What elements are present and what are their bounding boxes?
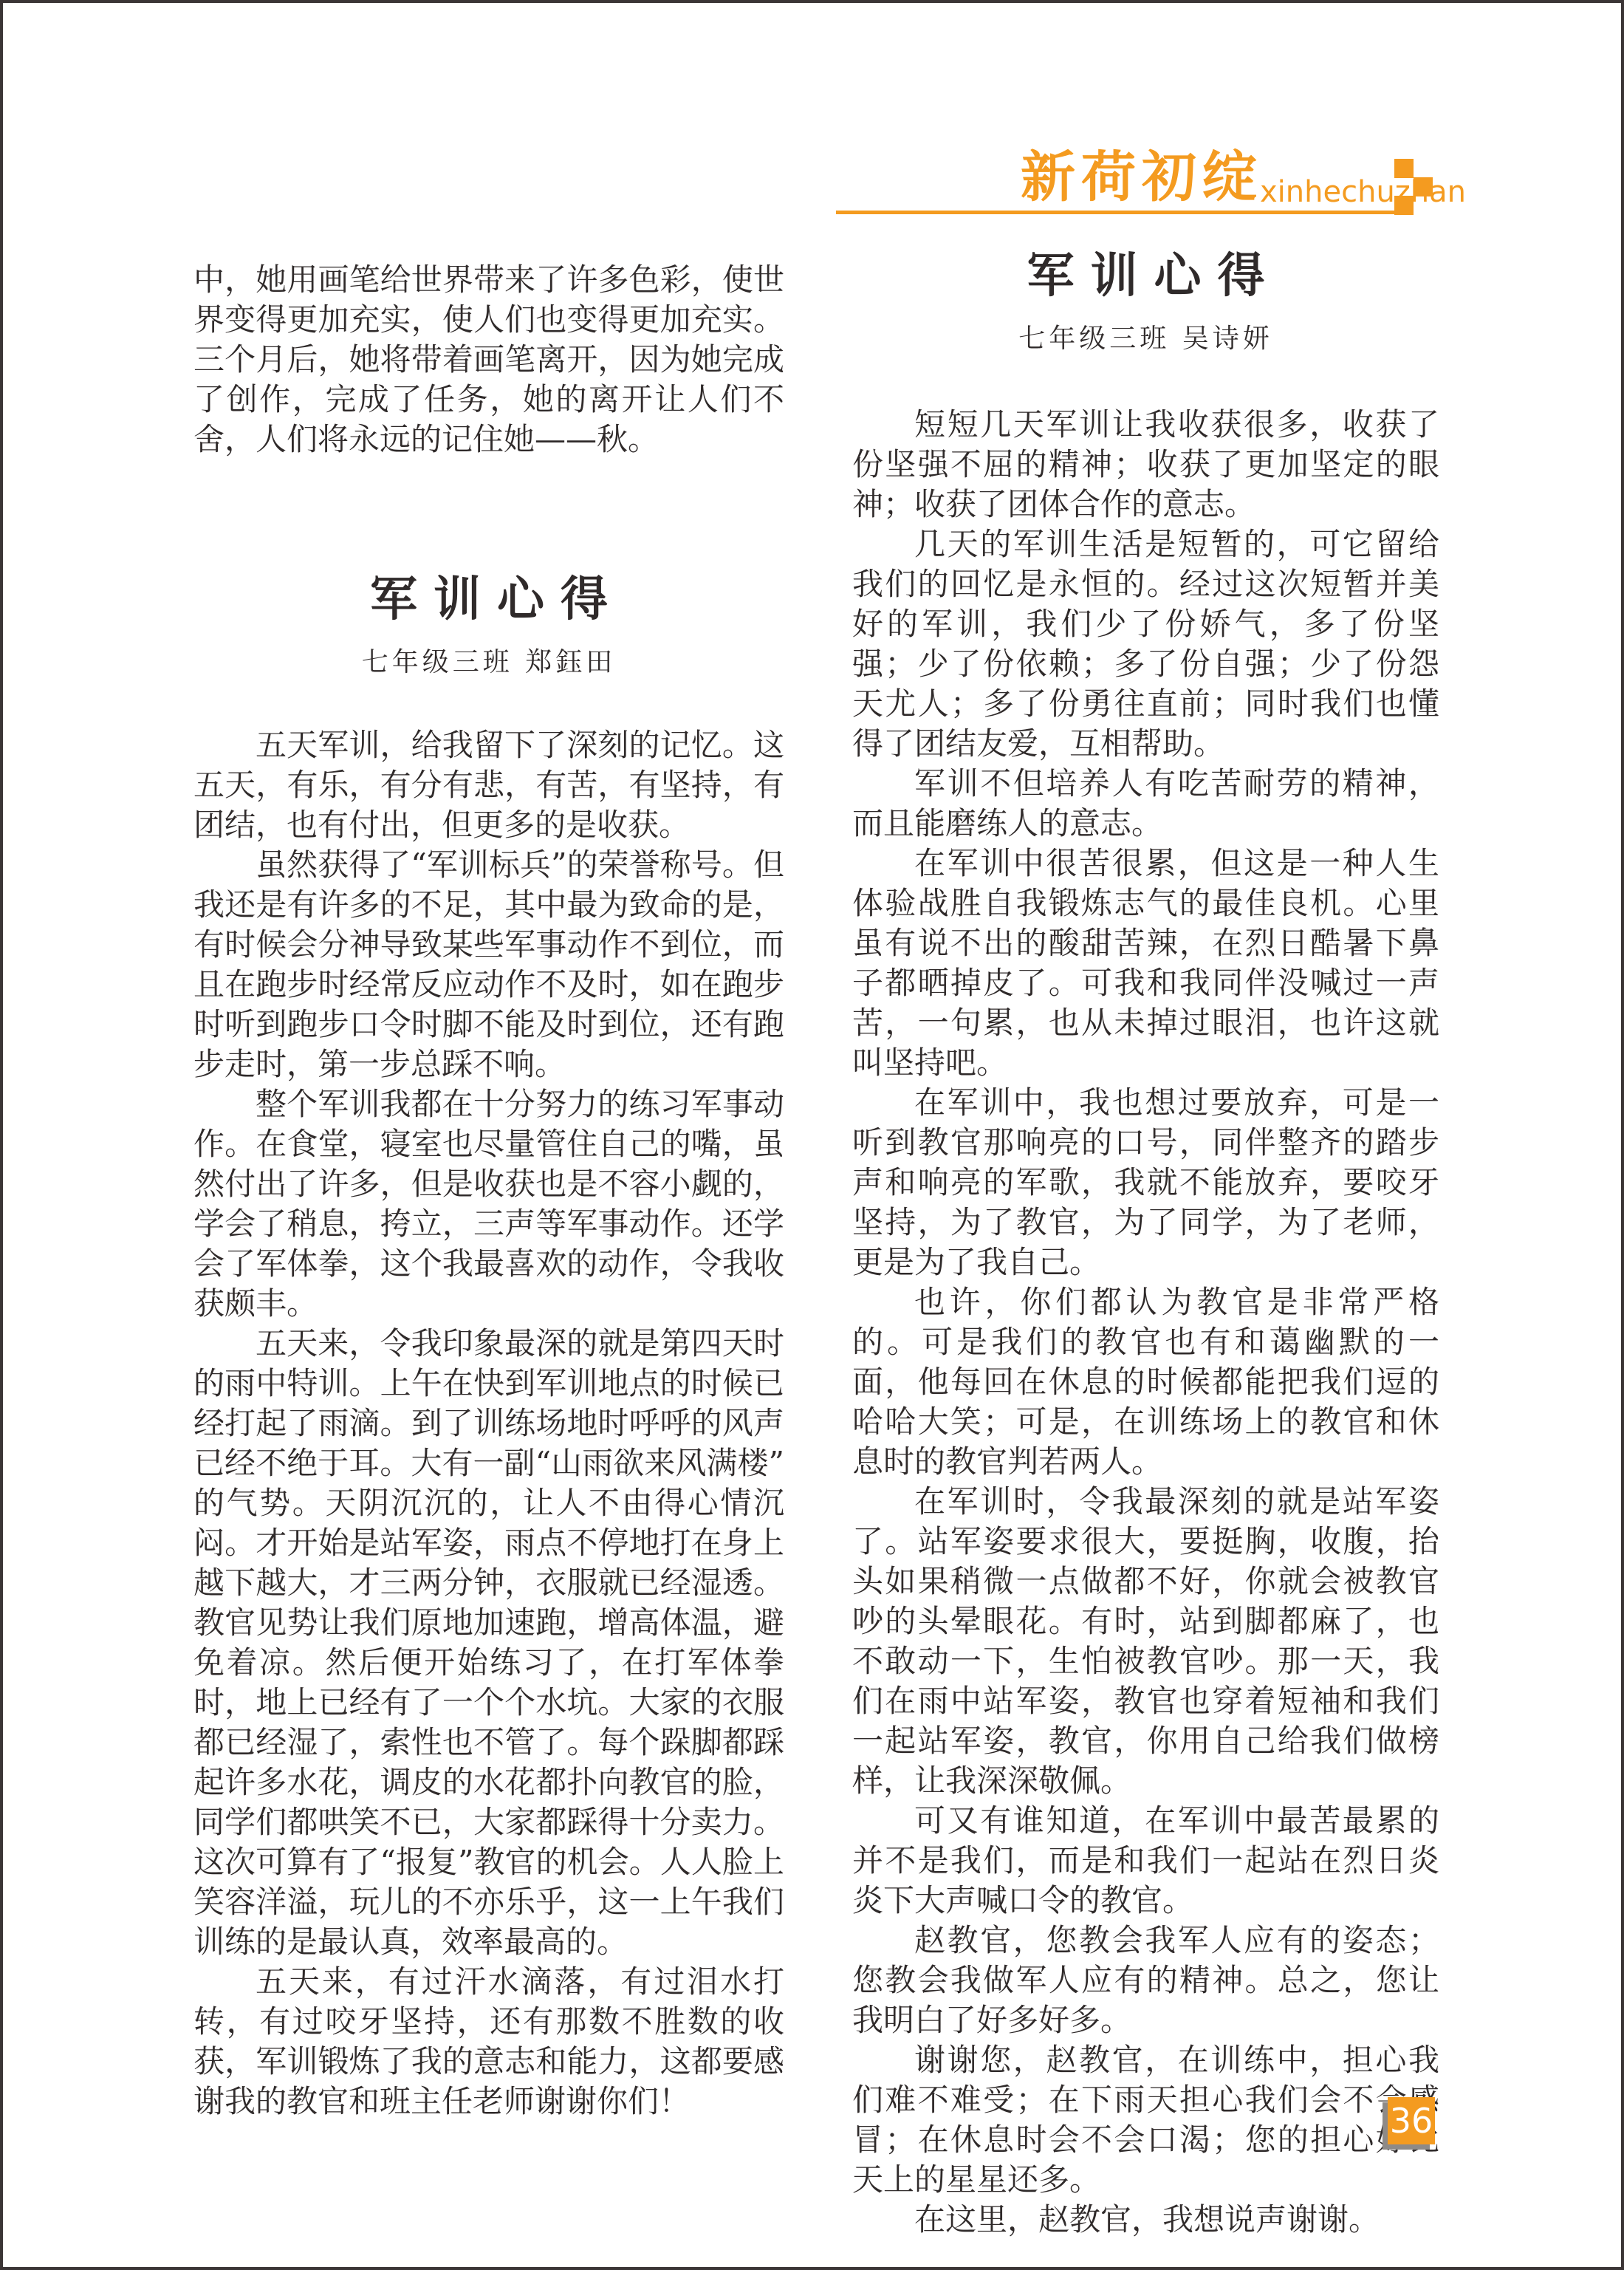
paragraph: 军训不但培养人有吃苦耐劳的精神，而且能磨练人的意志。 [852,764,1439,844]
paragraph: 在军训中很苦很累，但这是一种人生体验战胜自我锻炼志气的最佳良机。心里虽有说不出的… [852,844,1439,1083]
article-title: 军训心得 [852,247,1439,306]
paragraph: 整个军训我都在十分努力的练习军事动作。在食堂，寝室也尽量管住自己的嘴，虽然付出了… [193,1084,784,1324]
right-article-head: 军训心得 七年级三班 吴诗妍 [852,247,1439,356]
left-article-head: 军训心得 七年级三班 郑鈺田 [193,570,784,680]
header-pinyin: xinhechuzhan [1260,176,1466,208]
paragraph: 虽然获得了“军训标兵”的荣誉称号。但我还是有许多的不足，其中最为致命的是，有时候… [193,845,784,1084]
lead-paragraph: 中，她用画笔给世界带来了许多色彩，使世界变得更加充实，使人们也变得更加充实。三个… [193,260,784,459]
right-column: 军训心得 七年级三班 吴诗妍 短短几天军训让我收获很多，收获了份坚强不屈的精神；… [852,247,1439,2240]
paragraph: 几天的军训生活是短暂的，可它留给我们的回忆是永恒的。经过这次短暂并美好的军训，我… [852,524,1439,764]
article-title: 军训心得 [193,570,784,629]
header-title: 新荷初绽 [1021,148,1263,207]
header-rule [836,211,1399,214]
paragraph: 赵教官，您教会我军人应有的姿态；您教会我做军人应有的精神。总之，您让我明白了好多… [852,1921,1439,2040]
paragraph: 五天来，令我印象最深的就是第四天时的雨中特训。上午在快到军训地点的时候已经打起了… [193,1324,784,1962]
paragraph: 也许，你们都认为教官是非常严格的。可是我们的教官也有和蔼幽默的一面，他每回在休息… [852,1282,1439,1482]
magazine-page: 新荷初绽 xinhechuzhan 中，她用画笔给世界带来了许多色彩，使世界变得… [0,0,1624,2270]
deco-square-icon [1414,177,1433,196]
deco-square-icon [1394,196,1414,215]
paragraph: 五天军训，给我留下了深刻的记忆。这五天，有乐，有分有悲，有苦，有坚持，有团结，也… [193,725,784,845]
paragraph: 可又有谁知道，在军训中最苦最累的并不是我们，而是和我们一起站在烈日炎炎下大声喊口… [852,1801,1439,1921]
paragraph: 在军训中，我也想过要放弃，可是一听到教官那响亮的口号，同伴整齐的踏步声和响亮的军… [852,1083,1439,1282]
paragraph: 在军训时，令我最深刻的就是站军姿了。站军姿要求很大，要挺胸，收腹，抬头如果稍微一… [852,1482,1439,1801]
article-byline: 七年级三班 吴诗妍 [852,322,1439,356]
deco-square-icon [1394,159,1414,178]
paragraph: 短短几天军训让我收获很多，收获了份坚强不屈的精神；收获了更加坚定的眼神；收获了团… [852,405,1439,524]
paragraph: 在这里，赵教官，我想说声谢谢。 [852,2200,1439,2240]
left-column: 中，她用画笔给世界带来了许多色彩，使世界变得更加充实，使人们也变得更加充实。三个… [193,260,784,2122]
page-number-badge: 36 [1388,2097,1435,2144]
paragraph: 谢谢您，赵教官，在训练中，担心我们难不难受；在下雨天担心我们会不会感冒；在休息时… [852,2040,1439,2200]
article-byline: 七年级三班 郑鈺田 [193,646,784,680]
paragraph: 五天来，有过汗水滴落，有过泪水打转，有过咬牙坚持，还有那数不胜数的收获，军训锻炼… [193,1962,784,2122]
